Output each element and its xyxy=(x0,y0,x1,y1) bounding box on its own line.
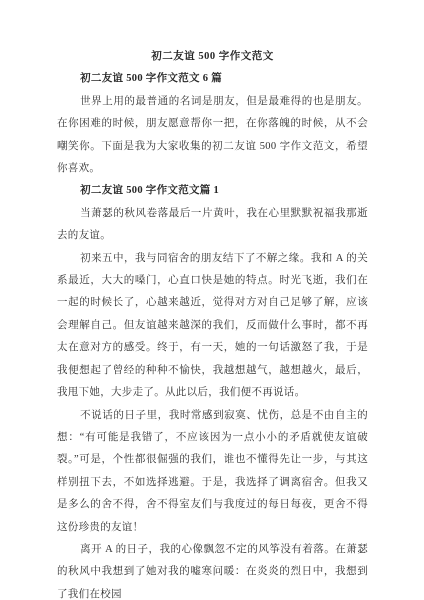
page-title: 初二友谊 500 字作文范文 xyxy=(57,46,368,68)
essay-paragraph: 不说话的日子里，我时常感到寂寞、忧伤，总是不由自主的想：“有可能是我错了，不应该… xyxy=(57,405,368,539)
section-heading: 初二友谊 500 字作文范文篇 1 xyxy=(57,180,368,202)
essay-paragraph: 初来五中，我与同宿舍的朋友结下了不解之缘。我和 A 的关系最近，大大的嗓门，心直… xyxy=(57,248,368,405)
document-page: 初二友谊 500 字作文范文 初二友谊 500 字作文范文 6 篇世界上用的最普… xyxy=(0,0,424,600)
essay-body: 初二友谊 500 字作文范文 6 篇世界上用的最普通的名词是朋友，但是最难得的也… xyxy=(57,68,368,600)
section-heading: 初二友谊 500 字作文范文 6 篇 xyxy=(57,68,368,90)
essay-paragraph: 世界上用的最普通的名词是朋友，但是最难得的也是朋友。在你困难的时候，朋友愿意帮你… xyxy=(57,91,368,181)
essay-paragraph: 当萧瑟的秋风卷落最后一片黄叶，我在心里默默祝福我那逝去的友谊。 xyxy=(57,203,368,248)
essay-paragraph: 离开 A 的日子，我的心像飘忽不定的风筝没有着落。在萧瑟的秋风中我想到了她对我的… xyxy=(57,539,368,600)
